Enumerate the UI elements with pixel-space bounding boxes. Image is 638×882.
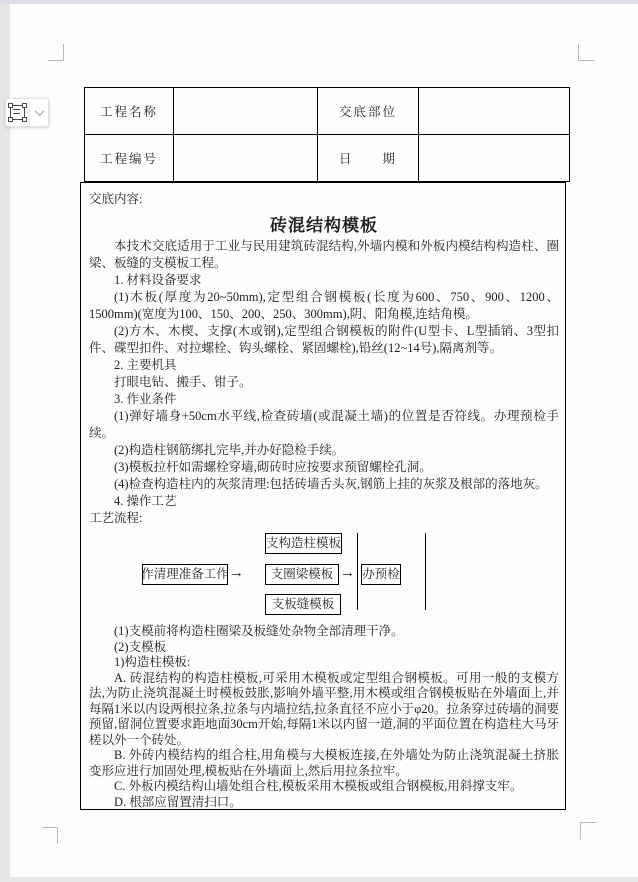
flow-arrow: →	[340, 563, 355, 584]
paragraph: (2)方木、木楔、支撑(木或钢),定型组合钢模板的附件(U型卡、L型插销、3型扣…	[89, 323, 559, 357]
flow-box-pre-check: 办预检	[361, 564, 401, 585]
page-bottom-gutter	[0, 877, 638, 882]
project-number-label: 工程编号	[85, 135, 174, 182]
paragraph: 打眼电钻、搬手、钳子。	[89, 374, 559, 391]
table-row: 工程名称 交底部位	[85, 88, 570, 135]
paragraph: 1. 材料设备要求	[89, 272, 559, 289]
process-flowchart: 支构造柱模板 作清理准备工作 → 支圈梁模板 → 办预检 支板缝模板	[89, 530, 559, 624]
table-select-button[interactable]	[5, 98, 49, 127]
section-label: 交底内容:	[89, 191, 559, 208]
paragraph: 1)构造柱模板:	[89, 655, 559, 671]
table-row: 工程编号 日 期	[85, 135, 570, 182]
disclosure-part-value[interactable]	[419, 88, 570, 135]
paragraph: A. 砖混结构的构造柱模板,可采用木模板或定型组合钢模板。可用一般的支模方法,为…	[89, 671, 559, 749]
margin-corner-mark-top-left	[48, 44, 64, 61]
paragraph: (1)弹好墙身+50cm水平线,检查砖墙(或混凝土墙)的位置是否符线。办理预检手…	[89, 408, 559, 442]
paragraph: C. 外板内模结构山墙处组合柱,模板采用木模板或组合钢模板,用斜撑支牢。	[89, 779, 559, 795]
paragraph: B. 外砖内模结构的组合柱,用角模与大模板连接,在外墙处为防止浇筑混凝土挤胀变形…	[89, 748, 559, 779]
margin-corner-mark-top-right	[578, 44, 594, 61]
date-value[interactable]	[419, 135, 570, 182]
paragraph: (2)构造柱钢筋绑扎完毕,并办好隐检手续。	[89, 442, 559, 459]
margin-corner-mark-bottom-left	[42, 827, 58, 844]
margin-corner-mark-bottom-right	[580, 822, 596, 839]
paragraph: D. 根部应留置清扫口。	[89, 795, 559, 811]
paragraph: 本技术交底适用于工业与民用建筑砖混结构,外墙内模和外板内模结构构造柱、圈梁、板缝…	[89, 238, 559, 272]
info-table: 工程名称 交底部位 工程编号 日 期	[84, 87, 570, 182]
flow-box-ring-beam-formwork: 支圈梁模板	[265, 564, 339, 585]
window-top-edge	[0, 0, 638, 4]
flow-box-slab-seam-formwork: 支板缝模板	[265, 594, 341, 615]
paragraph: (3)模板拉杆如需螺栓穿墙,砌砖时应按要求预留螺栓孔洞。	[89, 459, 559, 476]
project-name-value[interactable]	[174, 88, 318, 135]
paragraph: (4)检查构造柱内的灰浆清理:包括砖墙舌头灰,钢筋上挂的灰浆及根部的落地灰。	[89, 476, 559, 493]
paragraph: 2. 主要机具	[89, 357, 559, 374]
page-title: 砖混结构模板	[89, 211, 559, 236]
chevron-down-icon[interactable]	[30, 99, 48, 126]
paragraph: 4. 操作工艺	[89, 493, 559, 510]
flow-box-column-formwork: 支构造柱模板	[265, 533, 342, 554]
flow-connector-line	[425, 533, 426, 610]
process-flow-label: 工艺流程:	[89, 510, 559, 527]
flow-arrow: →	[229, 563, 244, 584]
date-label: 日 期	[318, 135, 419, 182]
paragraph: (1)木板(厚度为20~50mm),定型组合钢模板(长度为600、750、900…	[89, 289, 559, 323]
flow-connector-line	[357, 533, 358, 610]
page-left-gutter	[0, 4, 10, 877]
project-number-value[interactable]	[174, 135, 318, 182]
project-name-label: 工程名称	[85, 88, 174, 135]
disclosure-content-box: 交底内容: 砖混结构模板 本技术交底适用于工业与民用建筑砖混结构,外墙内模和外板…	[80, 182, 566, 810]
paragraph: (2)支模板	[89, 640, 559, 656]
table-select-icon[interactable]	[6, 99, 30, 126]
document-canvas: 工程名称 交底部位 工程编号 日 期 交底内容: 砖混结构模板 本技术交底适用于…	[0, 0, 638, 882]
disclosure-part-label: 交底部位	[318, 88, 419, 135]
paragraph: 3. 作业条件	[89, 391, 559, 408]
flow-box-prep: 作清理准备工作	[142, 564, 228, 585]
paragraph: (1)支模前将构造柱圈梁及板缝处杂物全部清理干净。	[89, 624, 559, 640]
